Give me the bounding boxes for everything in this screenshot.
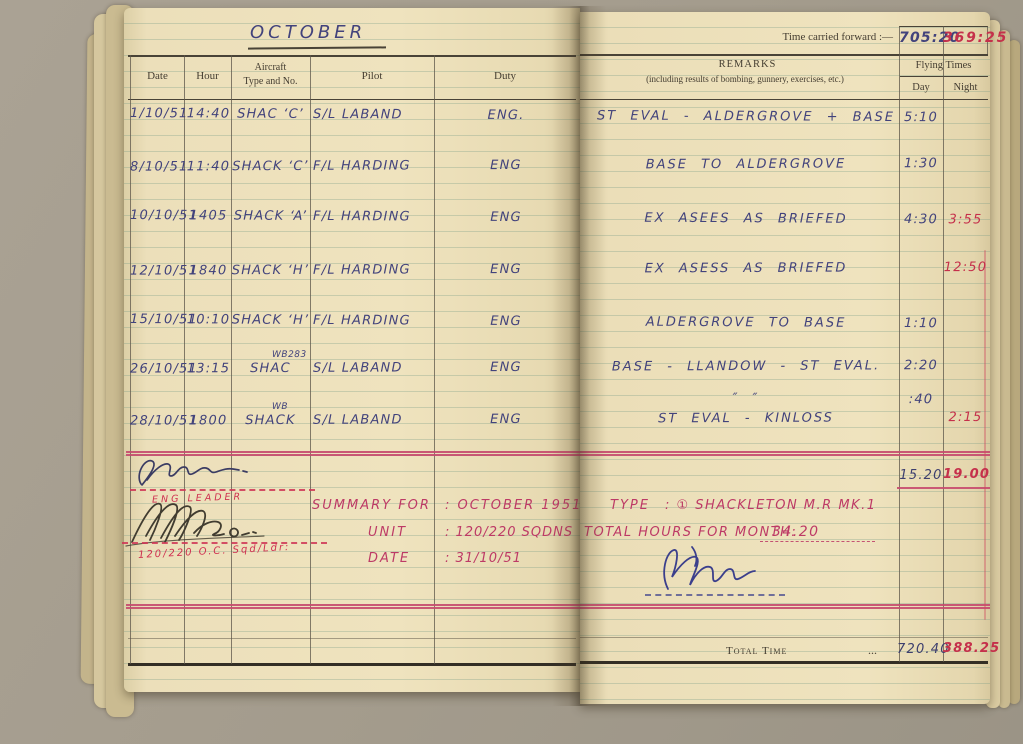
log-row: 12/10/511840SHACK ‘H’F/L HARDINGENGEX AS… bbox=[0, 260, 1023, 290]
log-cell-pilot: F/L HARDING bbox=[313, 262, 433, 278]
log-cell-aircraft: SHACK ‘H’ bbox=[231, 313, 310, 328]
log-cell-day: 2:20 bbox=[899, 358, 943, 373]
log-cell-night: 2:15 bbox=[943, 410, 988, 425]
log-cell-hour: 14:40 bbox=[186, 106, 231, 121]
log-cell-hour: 13:15 bbox=[186, 361, 231, 376]
header-day: Day bbox=[899, 82, 943, 93]
log-cell-hour: 1840 bbox=[186, 263, 231, 278]
log-cell-hour: 1405 bbox=[186, 208, 231, 223]
log-cell-remarks: EX ASEES AS BRIEFED bbox=[596, 210, 896, 227]
time-carried-forward-day: 705:20 bbox=[899, 30, 943, 46]
log-row: 15/10/5110:10SHACK ‘H’F/L HARDINGENGALDE… bbox=[0, 311, 1023, 342]
summary-row-value: : 120/220 SQDNS bbox=[445, 525, 573, 540]
log-cell-night: 3:55 bbox=[943, 212, 988, 227]
log-cell-pilot: F/L HARDING bbox=[313, 209, 433, 225]
log-cell-pilot: S/L LABAND bbox=[313, 360, 433, 376]
summary-type-label: TYPE bbox=[610, 498, 650, 513]
log-cell-duty: ENG bbox=[436, 262, 576, 278]
log-cell-aircraft-serial: WB bbox=[272, 402, 288, 412]
log-row: 28/10/511800SHACKWBS/L LABANDENGST EVAL … bbox=[0, 410, 1023, 440]
log-cell-remarks: BASE - LLANDOW - ST EVAL. bbox=[596, 358, 896, 374]
header-aircraft-line2: Type and No. bbox=[231, 76, 310, 87]
eng-leader-sig-underline bbox=[130, 489, 315, 491]
log-cell-date: 15/10/51 bbox=[130, 312, 184, 327]
grand-total-day: 720.40 bbox=[897, 642, 943, 657]
log-cell-date: 8/10/51 bbox=[130, 159, 184, 174]
header-remarks-subtitle: (including results of bombing, gunnery, … bbox=[590, 74, 900, 84]
log-cell-remarks: ALDERGROVE TO BASE bbox=[596, 314, 896, 331]
log-cell-aircraft: SHACWB283 bbox=[231, 361, 310, 376]
log-row: 1/10/5114:40SHAC ‘C’S/L LABANDENG.ST EVA… bbox=[0, 105, 1023, 136]
log-cell-day: 5:10 bbox=[899, 110, 943, 125]
log-cell-pilot: F/L HARDING bbox=[313, 158, 433, 174]
total-time-label: Total Time bbox=[726, 645, 787, 657]
log-cell-remarks: ″ ″ bbox=[596, 390, 896, 407]
left-table-top-rule bbox=[128, 55, 576, 57]
right-footer-thin-rule bbox=[580, 637, 988, 638]
grand-total-night: 388.25 bbox=[943, 641, 988, 656]
header-duty: Duty bbox=[434, 70, 576, 82]
log-cell-duty: ENG bbox=[436, 314, 576, 330]
log-cell-pilot: S/L LABAND bbox=[313, 412, 433, 428]
red-double-rule-lower bbox=[126, 604, 990, 606]
summary-row-value: : 31/10/51 bbox=[445, 551, 522, 566]
log-cell-aircraft: SHACKWB bbox=[231, 413, 310, 428]
time-carried-forward-night: 369:25 bbox=[943, 30, 988, 46]
log-cell-hour: 1800 bbox=[186, 413, 231, 428]
header-night: Night bbox=[943, 82, 988, 93]
right-table-top-rule bbox=[580, 54, 988, 56]
header-date: Date bbox=[131, 70, 184, 82]
log-cell-duty: ENG bbox=[436, 158, 576, 174]
left-bottom-thick-rule bbox=[128, 663, 576, 666]
month-total-day: 15.20 bbox=[899, 468, 943, 483]
log-row: 8/10/5111:40SHACK ‘C’F/L HARDINGENGBASE … bbox=[0, 156, 1023, 186]
col-line-left-border bbox=[130, 55, 131, 664]
log-cell-night: 12:50 bbox=[943, 260, 988, 275]
captain-signature bbox=[648, 543, 793, 598]
log-cell-aircraft: SHACK ‘C’ bbox=[231, 159, 310, 174]
log-cell-remarks: EX ASESS AS BRIEFED bbox=[596, 260, 896, 276]
oc-signature bbox=[124, 496, 284, 548]
log-row: 10/10/511405SHACK ‘A’F/L HARDINGENGEX AS… bbox=[0, 207, 1023, 238]
header-pilot: Pilot bbox=[310, 70, 434, 82]
log-cell-date: 1/10/51 bbox=[130, 106, 184, 121]
summary-row-label: SUMMARY FOR bbox=[312, 498, 431, 513]
log-cell-hour: 10:10 bbox=[186, 312, 231, 327]
log-cell-duty: ENG. bbox=[436, 108, 576, 124]
log-cell-remarks: BASE TO ALDERGROVE bbox=[596, 156, 896, 172]
log-cell-date: 12/10/51 bbox=[130, 263, 184, 278]
logbook-scan: OCTOBER Time carried forward :— 705:20 3… bbox=[0, 0, 1023, 744]
log-cell-aircraft: SHACK ‘A’ bbox=[231, 209, 310, 224]
summary-row-value: : OCTOBER 1951 bbox=[445, 498, 582, 513]
log-cell-duty: ENG bbox=[436, 210, 576, 226]
month-title: OCTOBER bbox=[250, 22, 366, 43]
left-footer-thin-rule bbox=[128, 638, 576, 639]
captain-sig-underline bbox=[645, 594, 785, 596]
red-double-rule-upper bbox=[126, 451, 990, 453]
col-line-hour-aircraft bbox=[231, 55, 232, 664]
oc-sig-underline bbox=[122, 542, 327, 544]
summary-hours-label: TOTAL HOURS FOR MONTH: bbox=[584, 525, 797, 540]
right-header-bottom-rule bbox=[580, 99, 988, 100]
log-cell-aircraft-serial: WB283 bbox=[272, 350, 307, 360]
log-cell-aircraft: SHACK ‘H’ bbox=[231, 263, 310, 278]
log-cell-pilot: F/L HARDING bbox=[313, 313, 433, 329]
log-cell-remarks: ST EVAL - KINLOSS bbox=[596, 410, 896, 426]
log-cell-date: 28/10/51 bbox=[130, 413, 184, 428]
left-header-bottom-rule bbox=[128, 99, 576, 100]
header-hour: Hour bbox=[184, 70, 231, 82]
log-row: 26/10/5113:15SHACWB283S/L LABANDENGBASE … bbox=[0, 358, 1023, 388]
header-remarks-title: REMARKS bbox=[600, 59, 895, 70]
summary-type-value: : ① SHACKLETON M.R MK.1 bbox=[665, 498, 876, 513]
col-line-aircraft-pilot bbox=[310, 55, 311, 664]
right-bottom-thick-rule bbox=[580, 661, 988, 664]
log-cell-day: 1:10 bbox=[899, 316, 943, 331]
summary-row-label: UNIT bbox=[368, 525, 407, 540]
header-flying-times: Flying Times bbox=[899, 60, 988, 71]
eng-leader-signature bbox=[133, 454, 258, 492]
header-aircraft-line1: Aircraft bbox=[231, 62, 310, 73]
log-cell-day: :40 bbox=[899, 392, 943, 407]
summary-hours-underline bbox=[760, 541, 875, 542]
log-cell-day: 1:30 bbox=[899, 156, 943, 171]
col-line-date-hour bbox=[184, 55, 185, 664]
log-cell-date: 10/10/51 bbox=[130, 208, 184, 223]
log-cell-date: 26/10/51 bbox=[130, 361, 184, 376]
log-cell-duty: ENG bbox=[436, 360, 576, 376]
summary-hours-value: 34.20 bbox=[772, 524, 820, 540]
total-time-dots: ... bbox=[868, 643, 877, 658]
summary-row-label: DATE bbox=[368, 551, 410, 566]
log-cell-hour: 11:40 bbox=[186, 159, 231, 174]
log-cell-day: 4:30 bbox=[899, 212, 943, 227]
month-totals-red-underline bbox=[897, 487, 990, 489]
log-cell-aircraft: SHAC ‘C’ bbox=[231, 107, 310, 122]
month-total-night: 19.00 bbox=[943, 467, 988, 482]
log-cell-pilot: S/L LABAND bbox=[313, 107, 433, 123]
time-carried-forward-label: Time carried forward :— bbox=[700, 31, 893, 43]
flying-times-underline bbox=[900, 76, 988, 77]
log-cell-remarks: ST EVAL - ALDERGROVE + BASE bbox=[596, 108, 896, 125]
log-cell-duty: ENG bbox=[436, 412, 576, 428]
